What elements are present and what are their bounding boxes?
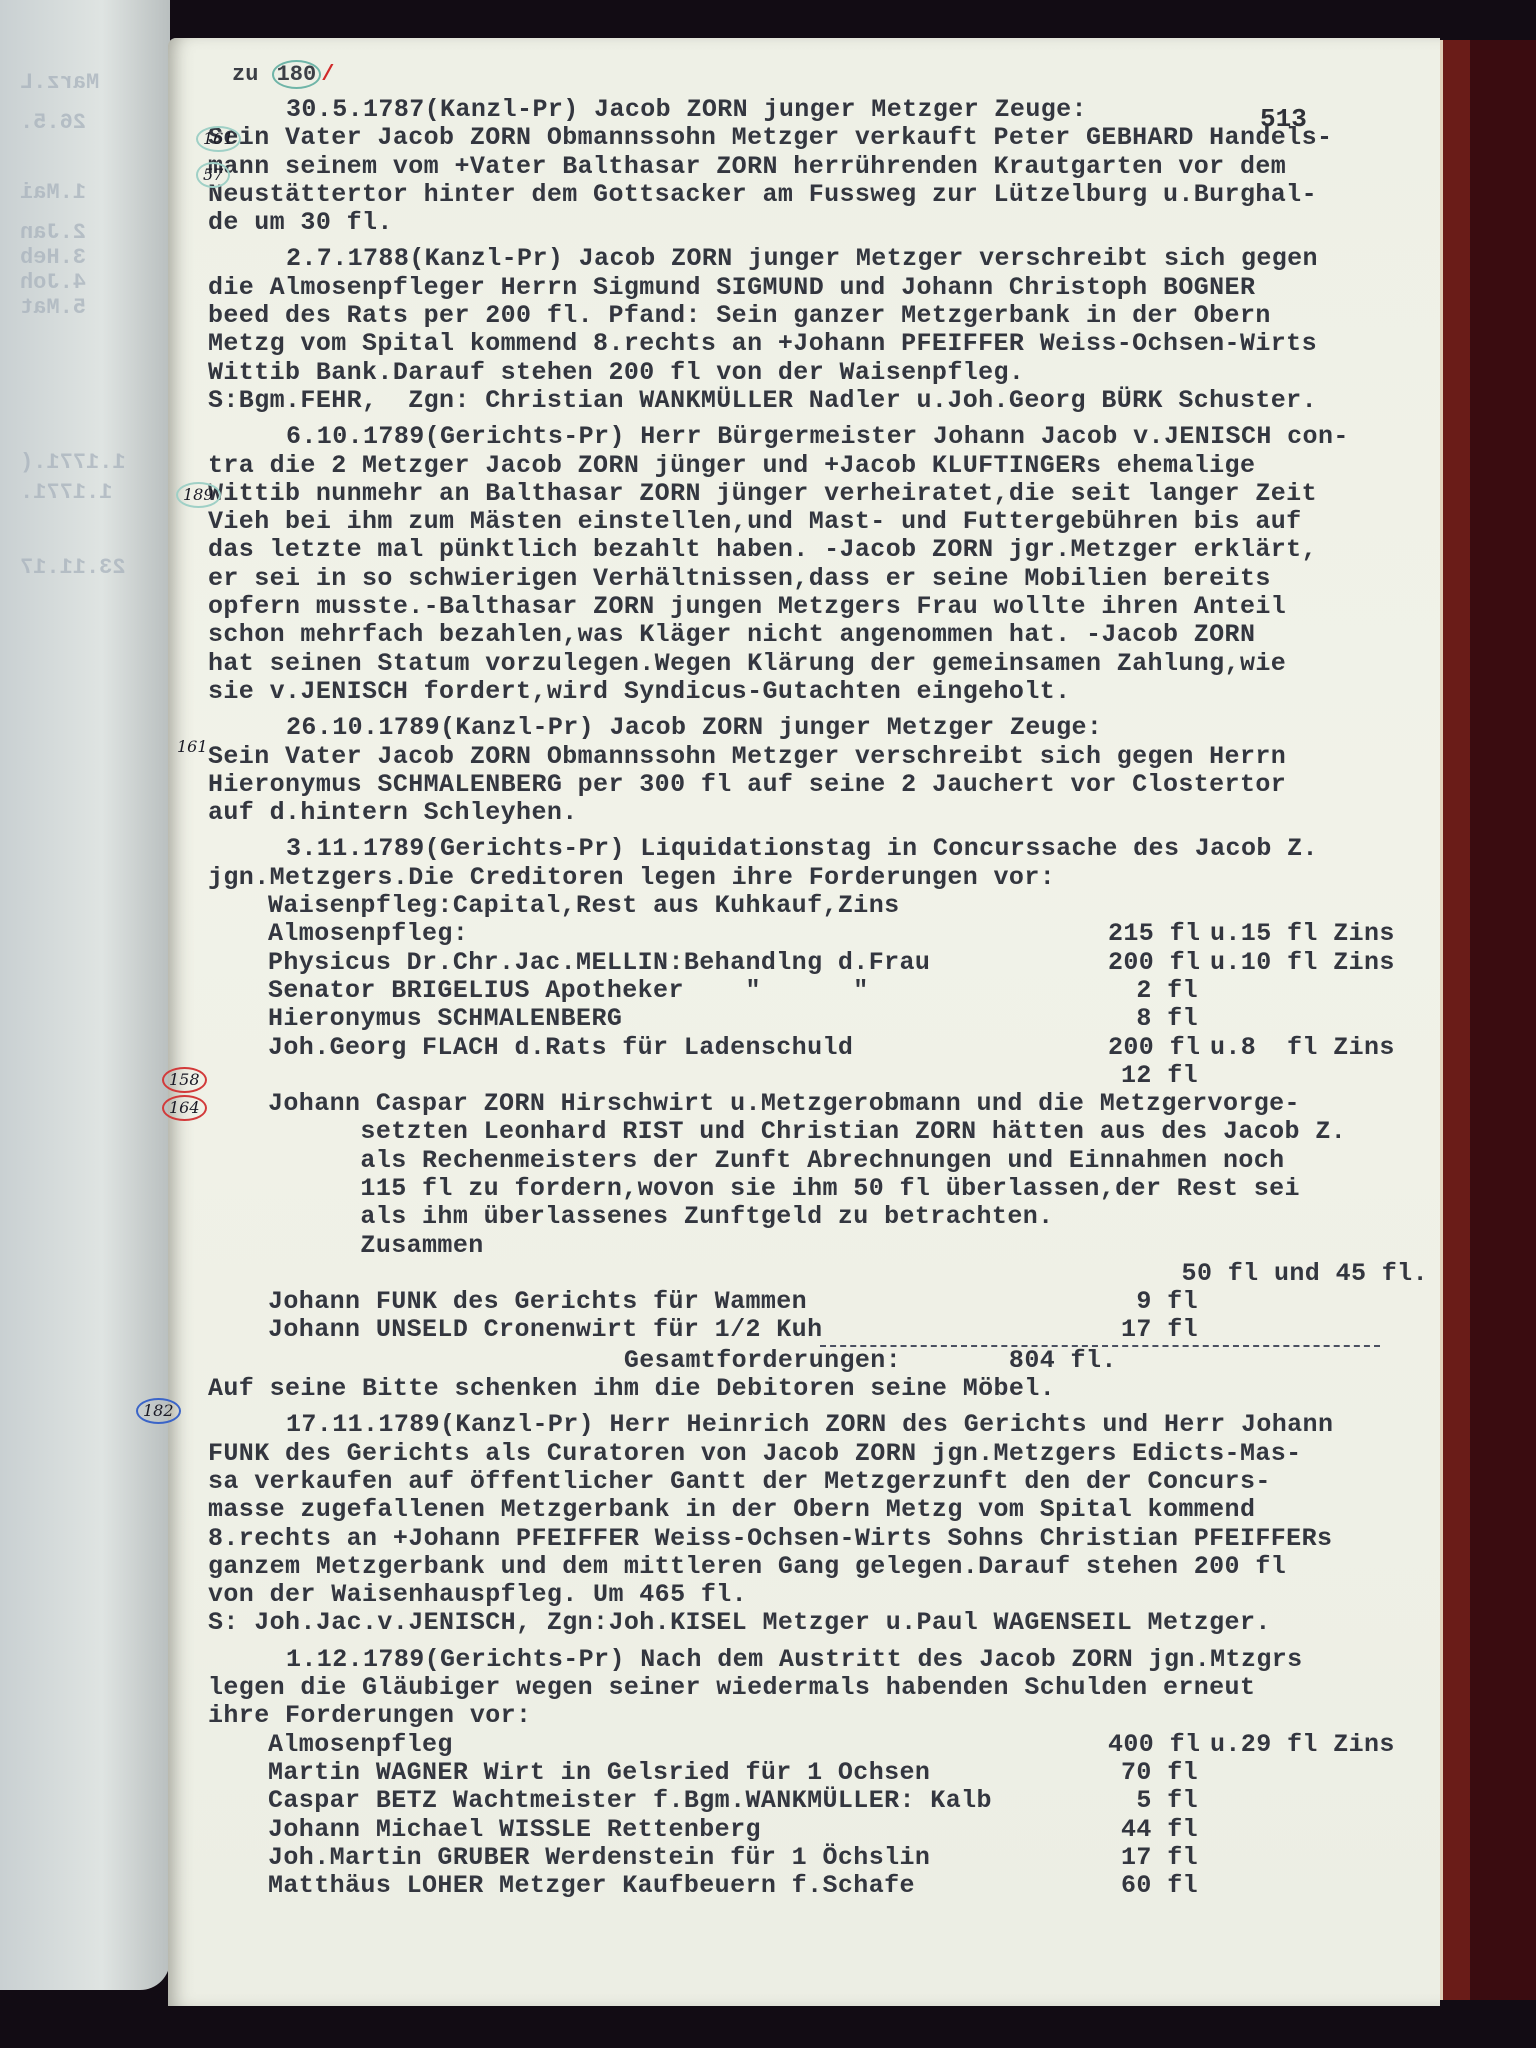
claim-interest: u.10 fl Zins: [1210, 949, 1395, 977]
total-line: Gesamtforderungen: 804 fl.: [208, 1347, 1428, 1375]
guild-claim-line: 115 fl zu fordern,wovon sie ihm 50 fl üb…: [268, 1175, 1428, 1203]
entry-line: Wittib Bank.Darauf stehen 200 fl von der…: [208, 359, 1428, 387]
claim-row: Johann UNSELD Cronenwirt für 1/2 Kuh17 f…: [268, 1316, 1428, 1344]
book-binding-edge: [1430, 40, 1536, 2000]
claimant: Matthäus LOHER Metzger Kaufbeuern f.Scha…: [268, 1872, 1108, 1900]
claim-row: Physicus Dr.Chr.Jac.MELLIN:Behandlng d.F…: [268, 949, 1428, 977]
claim-row: Johann Michael WISSLE Rettenberg44 fl: [268, 1816, 1428, 1844]
facing-page-fragment: 4.Joh: [20, 270, 86, 295]
claim-amount: 215 fl: [1108, 920, 1210, 948]
margin-annotation: 158: [162, 1067, 207, 1093]
entry-heading-line: 2.7.1788(Kanzl-Pr) Jacob ZORN junger Met…: [208, 245, 1428, 273]
entry-line: sie v.JENISCH fordert,wird Syndicus-Guta…: [208, 678, 1428, 706]
claim-amount: 200 fl: [1108, 949, 1210, 977]
claimant: [268, 1260, 1082, 1288]
entry-line: jgn.Metzgers.Die Creditoren legen ihre F…: [208, 864, 1428, 892]
entry-line: sa verkaufen auf öffentlicher Gantt der …: [208, 1468, 1428, 1496]
claim-amount: [1108, 892, 1210, 920]
claim-amount: 60 fl: [1108, 1872, 1210, 1900]
claimant: Hieronymus SCHMALENBERG: [268, 1005, 1108, 1033]
typewritten-page: zu 180/ 513 30.5.1787(Kanzl-Pr) Jacob ZO…: [168, 38, 1440, 2006]
claim-amount: 5 fl: [1108, 1787, 1210, 1815]
claimant: Johann Michael WISSLE Rettenberg: [268, 1816, 1108, 1844]
facing-page-fragment: 2.Jan: [20, 220, 86, 245]
entry-line: Hieronymus SCHMALENBERG per 300 fl auf s…: [208, 771, 1428, 799]
entry-line: hat seinen Statum vorzulegen.Wegen Kläru…: [208, 650, 1428, 678]
facing-page-fragment: 3.Heb: [20, 245, 86, 270]
record-entry: 17.11.1789(Kanzl-Pr) Herr Heinrich ZORN …: [208, 1411, 1428, 1637]
entry-line: er sei in so schwierigen Verhältnissen,d…: [208, 565, 1428, 593]
claimant: Physicus Dr.Chr.Jac.MELLIN:Behandlng d.F…: [268, 949, 1108, 977]
page-reference: zu 180/: [232, 60, 334, 89]
entry-line: tra die 2 Metzger Jacob ZORN jünger und …: [208, 452, 1428, 480]
claimant: Waisenpfleg:Capital,Rest aus Kuhkauf,Zin…: [268, 892, 1108, 920]
claimant: Almosenpfleg:: [268, 920, 1108, 948]
entry-line: FUNK des Gerichts als Curatoren von Jaco…: [208, 1440, 1428, 1468]
claim-amount: 200 fl: [1108, 1034, 1210, 1062]
guild-claim-line: setzten Leonhard RIST und Christian ZORN…: [268, 1118, 1428, 1146]
entry-line: ganzem Metzgerbank und dem mittleren Gan…: [208, 1553, 1428, 1581]
claim-row: Almosenpfleg400 flu.29 fl Zins: [268, 1731, 1428, 1759]
claimant: Caspar BETZ Wachtmeister f.Bgm.WANKMÜLLE…: [268, 1787, 1108, 1815]
claim-row: Joh.Martin GRUBER Werdenstein für 1 Öchs…: [268, 1844, 1428, 1872]
claim-interest: u.15 fl Zins: [1210, 920, 1395, 948]
facing-page-fragment: 1.Mai: [20, 180, 86, 205]
facing-page-fragment: 5.Mat: [20, 295, 86, 320]
record-entry: 2.7.1788(Kanzl-Pr) Jacob ZORN junger Met…: [208, 245, 1428, 415]
entry-line: schon mehrfach bezahlen,was Kläger nicht…: [208, 621, 1428, 649]
claim-row: Caspar BETZ Wachtmeister f.Bgm.WANKMÜLLE…: [268, 1787, 1428, 1815]
claim-row: Almosenpfleg:215 flu.15 fl Zins: [268, 920, 1428, 948]
entry-line: Wittib nunmehr an Balthasar ZORN jünger …: [208, 480, 1428, 508]
entry-line: opfern musste.-Balthasar ZORN jungen Met…: [208, 593, 1428, 621]
claim-amount: 17 fl: [1108, 1844, 1210, 1872]
record-entry: 30.5.1787(Kanzl-Pr) Jacob ZORN junger Me…: [208, 96, 1428, 237]
claim-amount: 70 fl: [1108, 1759, 1210, 1787]
entry-heading-line: 26.10.1789(Kanzl-Pr) Jacob ZORN junger M…: [208, 714, 1428, 742]
record-entry: 3.11.1789(Gerichts-Pr) Liquidationstag i…: [208, 835, 1428, 1403]
entry-line: masse zugefallenen Metzgerbank in der Ob…: [208, 1496, 1428, 1524]
entry-line: S:Bgm.FEHR, Zgn: Christian WANKMÜLLER Na…: [208, 387, 1428, 415]
record-entry: 26.10.1789(Kanzl-Pr) Jacob ZORN junger M…: [208, 714, 1428, 827]
entry-line: de um 30 fl.: [208, 209, 1428, 237]
claims-list: Almosenpfleg400 flu.29 fl ZinsMartin WAG…: [208, 1731, 1428, 1901]
margin-annotation: 164: [162, 1095, 207, 1121]
claim-amount: 17 fl: [1108, 1316, 1210, 1344]
entry-line: beed des Rats per 200 fl. Pfand: Sein ga…: [208, 302, 1428, 330]
page-reference-number: 180: [272, 60, 322, 89]
claim-row: Joh.Georg FLACH d.Rats für Ladenschuld20…: [268, 1034, 1428, 1062]
guild-claim: Johann Caspar ZORN Hirschwirt u.Metzgero…: [208, 1090, 1428, 1288]
entry-line: das letzte mal pünktlich bezahlt haben. …: [208, 536, 1428, 564]
claimant: Senator BRIGELIUS Apotheker " ": [268, 977, 1108, 1005]
claimant: Johann UNSELD Cronenwirt für 1/2 Kuh: [268, 1316, 1108, 1344]
claim-row: Johann FUNK des Gerichts für Wammen9 fl: [268, 1288, 1428, 1316]
claims-list-continued: Johann FUNK des Gerichts für Wammen9 flJ…: [208, 1288, 1428, 1345]
entry-line: ihre Forderungen vor:: [208, 1702, 1428, 1730]
entry-line: auf d.hintern Schleyhen.: [208, 799, 1428, 827]
claim-interest: u.29 fl Zins: [1210, 1731, 1395, 1759]
entry-line: Neustättertor hinter dem Gottsacker am F…: [208, 181, 1428, 209]
claim-row: 12 fl: [268, 1062, 1428, 1090]
claim-amount: 2 fl: [1108, 977, 1210, 1005]
entry-line: mann seinem vom +Vater Balthasar ZORN he…: [208, 153, 1428, 181]
entry-line: Sein Vater Jacob ZORN Obmannssohn Metzge…: [208, 124, 1428, 152]
guild-claim-line: als Rechenmeisters der Zunft Abrechnunge…: [268, 1147, 1428, 1175]
margin-annotation: 189: [176, 482, 221, 508]
claim-amount: 400 fl: [1108, 1731, 1210, 1759]
claim-amount: 44 fl: [1108, 1816, 1210, 1844]
claim-amount: 8 fl: [1108, 1005, 1210, 1033]
facing-page-fragment: 1.1771.(: [20, 450, 126, 475]
margin-annotation: 161: [172, 736, 213, 758]
entry-line: 8.rechts an +Johann PFEIFFER Weiss-Ochse…: [208, 1525, 1428, 1553]
document-body: 30.5.1787(Kanzl-Pr) Jacob ZORN junger Me…: [208, 96, 1428, 1908]
claim-row: Martin WAGNER Wirt in Gelsried für 1 Och…: [268, 1759, 1428, 1787]
facing-page: Marz.L26.5.1.Mai2.Jan3.Heb4.Joh5.Mat1.17…: [0, 0, 170, 1990]
guild-claim-line: Johann Caspar ZORN Hirschwirt u.Metzgero…: [268, 1090, 1428, 1118]
entry-heading-line: 1.12.1789(Gerichts-Pr) Nach dem Austritt…: [208, 1646, 1428, 1674]
entry-line: legen die Gläubiger wegen seiner wiederm…: [208, 1674, 1428, 1702]
entry-line: S: Joh.Jac.v.JENISCH, Zgn:Joh.KISEL Metz…: [208, 1609, 1428, 1637]
claim-amount: [1082, 1260, 1181, 1288]
claim-interest: 50 fl und 45 fl.: [1182, 1260, 1428, 1288]
claim-row: Hieronymus SCHMALENBERG8 fl: [268, 1005, 1428, 1033]
closing-line: Auf seine Bitte schenken ihm die Debitor…: [208, 1375, 1428, 1403]
entry-line: von der Waisenhauspfleg. Um 465 fl.: [208, 1581, 1428, 1609]
claimant: [268, 1062, 1108, 1090]
claimant: Joh.Georg FLACH d.Rats für Ladenschuld: [268, 1034, 1108, 1062]
claim-row: 50 fl und 45 fl.: [268, 1260, 1428, 1288]
facing-page-fragment: 23.11.17: [20, 555, 126, 580]
claim-row: Senator BRIGELIUS Apotheker " "2 fl: [268, 977, 1428, 1005]
entry-line: Sein Vater Jacob ZORN Obmannssohn Metzge…: [208, 743, 1428, 771]
claimant: Martin WAGNER Wirt in Gelsried für 1 Och…: [268, 1759, 1108, 1787]
entry-heading-line: 30.5.1787(Kanzl-Pr) Jacob ZORN junger Me…: [208, 96, 1428, 124]
facing-page-fragment: 1.1771.: [20, 480, 112, 505]
margin-annotation: 161: [196, 126, 241, 152]
claimant: Johann FUNK des Gerichts für Wammen: [268, 1288, 1108, 1316]
claim-amount: 12 fl: [1108, 1062, 1210, 1090]
entry-line: Vieh bei ihm zum Mästen einstellen,und M…: [208, 508, 1428, 536]
facing-page-fragment: 26.5.: [20, 110, 86, 135]
claim-row: Matthäus LOHER Metzger Kaufbeuern f.Scha…: [268, 1872, 1428, 1900]
claims-list: Waisenpfleg:Capital,Rest aus Kuhkauf,Zin…: [208, 892, 1428, 1090]
record-entry: 1.12.1789(Gerichts-Pr) Nach dem Austritt…: [208, 1646, 1428, 1901]
claimant: Almosenpfleg: [268, 1731, 1108, 1759]
claim-amount: 9 fl: [1108, 1288, 1210, 1316]
claimant: Joh.Martin GRUBER Werdenstein für 1 Öchs…: [268, 1844, 1108, 1872]
entry-line: die Almosenpfleger Herrn Sigmund SIGMUND…: [208, 274, 1428, 302]
entry-heading-line: 6.10.1789(Gerichts-Pr) Herr Bürgermeiste…: [208, 423, 1428, 451]
entry-line: Metzg vom Spital kommend 8.rechts an +Jo…: [208, 330, 1428, 358]
facing-page-fragment: Marz.L: [20, 70, 99, 95]
claim-row: Waisenpfleg:Capital,Rest aus Kuhkauf,Zin…: [268, 892, 1428, 920]
entry-heading-line: 3.11.1789(Gerichts-Pr) Liquidationstag i…: [208, 835, 1428, 863]
claim-interest: u.8 fl Zins: [1210, 1034, 1395, 1062]
entry-heading-line: 17.11.1789(Kanzl-Pr) Herr Heinrich ZORN …: [208, 1411, 1428, 1439]
guild-claim-line: Zusammen: [268, 1232, 1428, 1260]
guild-claim-line: als ihm überlassenes Zunftgeld zu betrac…: [268, 1203, 1428, 1231]
margin-annotation: 182: [136, 1398, 181, 1424]
record-entry: 6.10.1789(Gerichts-Pr) Herr Bürgermeiste…: [208, 423, 1428, 706]
